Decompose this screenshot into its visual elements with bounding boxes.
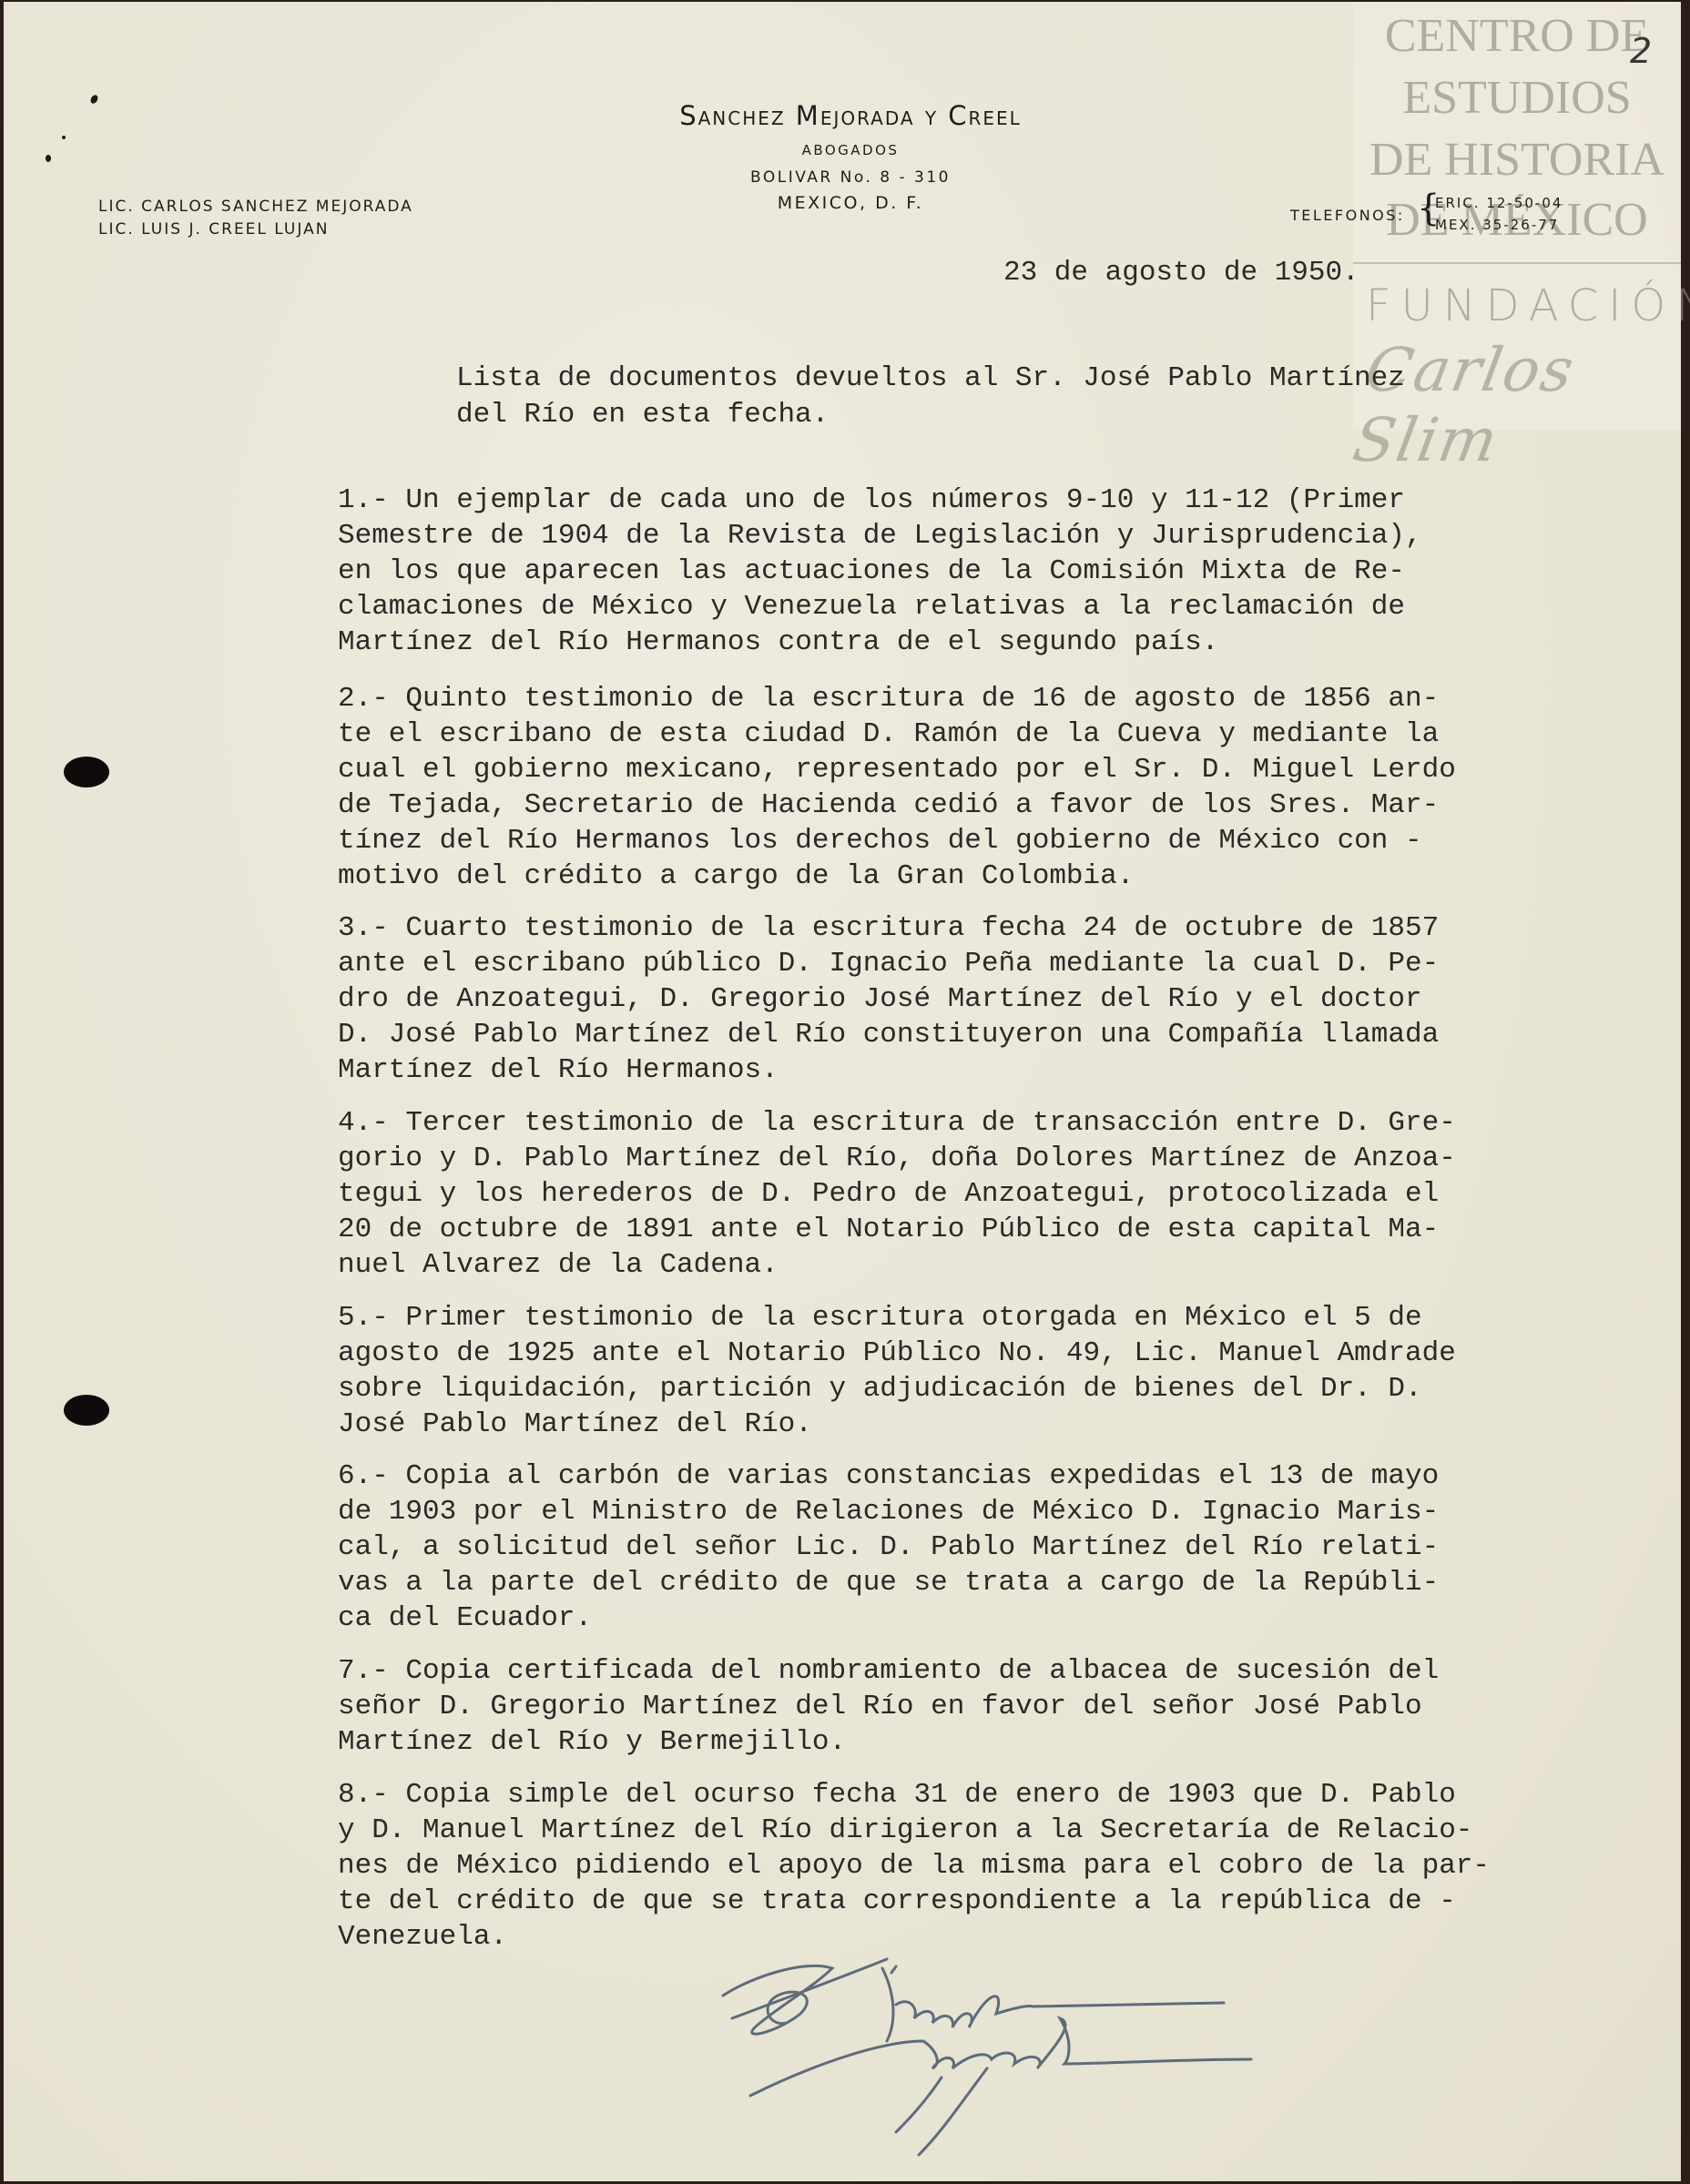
item-line: en los que aparecen las actuaciones de l… (338, 554, 1631, 589)
intro-line: Lista de documentos devueltos al Sr. Jos… (456, 362, 1405, 394)
punch-hole (64, 1395, 109, 1426)
partner-name: LIC. LUIS J. CREEL LUJAN (98, 220, 329, 239)
item-line: 4.- Tercer testimonio de la escritura de… (338, 1105, 1631, 1141)
intro-line: del Río en esta fecha. (456, 399, 829, 431)
document-page: CENTRO DE ESTUDIOS DE HISTORIA DE MÉXICO… (4, 2, 1681, 2181)
document-item-1: 1.- Un ejemplar de cada uno de los númer… (338, 483, 1631, 660)
item-line: te del crédito de que se trata correspon… (338, 1884, 1631, 1919)
phones-label: TELEFONOS: (1290, 207, 1405, 224)
watermark-signature: Carlos Slim (1348, 335, 1690, 475)
item-line: vas a la parte del crédito de que se tra… (338, 1565, 1631, 1600)
item-line: 6.- Copia al carbón de varias constancia… (338, 1458, 1631, 1494)
partner-name: LIC. CARLOS SANCHEZ MEJORADA (98, 198, 413, 216)
item-line: José Pablo Martínez del Río. (338, 1407, 1631, 1442)
document-item-8: 8.- Copia simple del ocurso fecha 31 de … (338, 1777, 1631, 1955)
item-line: cual el gobierno mexicano, representado … (338, 752, 1631, 787)
item-line: 20 de octubre de 1891 ante el Notario Pú… (338, 1212, 1631, 1247)
letter-date: 23 de agosto de 1950. (1003, 257, 1359, 289)
item-line: Semestre de 1904 de la Revista de Legisl… (338, 518, 1631, 554)
item-line: te el escribano de esta ciudad D. Ramón … (338, 716, 1631, 752)
firm-city: MEXICO, D. F. (596, 193, 1105, 213)
item-line: D. José Pablo Martínez del Río constituy… (338, 1017, 1631, 1052)
document-item-2: 2.- Quinto testimonio de la escritura de… (338, 681, 1631, 894)
punch-hole (64, 757, 109, 787)
firm-name: Sanchez Mejorada y Creel (596, 100, 1105, 131)
watermark-divider (1353, 262, 1681, 264)
handwritten-signature (714, 1941, 1297, 2182)
document-item-7: 7.- Copia certificada del nombramiento d… (338, 1653, 1631, 1760)
item-line: motivo del crédito a cargo de la Gran Co… (338, 858, 1631, 894)
item-line: 7.- Copia certificada del nombramiento d… (338, 1653, 1631, 1689)
item-line: 3.- Cuarto testimonio de la escritura fe… (338, 910, 1631, 946)
document-item-6: 6.- Copia al carbón de varias constancia… (338, 1458, 1631, 1636)
item-line: ante el escribano público D. Ignacio Peñ… (338, 946, 1631, 981)
item-line: gorio y D. Pablo Martínez del Río, doña … (338, 1141, 1631, 1176)
item-line: nes de México pidiendo el apoyo de la mi… (338, 1848, 1631, 1884)
item-line: tínez del Río Hermanos los derechos del … (338, 823, 1631, 858)
watermark-foundation: FUNDACIÓN (1366, 280, 1690, 331)
item-line: cal, a solicitud del señor Lic. D. Pablo… (338, 1529, 1631, 1565)
ink-speck (89, 94, 99, 105)
item-line: Martínez del Río Hermanos. (338, 1052, 1631, 1088)
item-line: de 1903 por el Ministro de Relaciones de… (338, 1494, 1631, 1529)
item-line: dro de Anzoategui, D. Gregorio José Mart… (338, 981, 1631, 1017)
item-line: agosto de 1925 ante el Notario Público N… (338, 1336, 1631, 1371)
item-line: señor D. Gregorio Martínez del Río en fa… (338, 1689, 1631, 1724)
item-line: ca del Ecuador. (338, 1600, 1631, 1636)
document-item-5: 5.- Primer testimonio de la escritura ot… (338, 1300, 1631, 1442)
document-item-4: 4.- Tercer testimonio de la escritura de… (338, 1105, 1631, 1283)
item-line: 8.- Copia simple del ocurso fecha 31 de … (338, 1777, 1631, 1813)
watermark-line: DE HISTORIA (1353, 137, 1681, 184)
item-line: Martínez del Río y Bermejillo. (338, 1724, 1631, 1760)
item-line: Martínez del Río Hermanos contra de el s… (338, 625, 1631, 660)
item-line: 5.- Primer testimonio de la escritura ot… (338, 1300, 1631, 1336)
item-line: nuel Alvarez de la Cadena. (338, 1247, 1631, 1283)
page-number-mark: 2 (1630, 31, 1652, 71)
item-line: sobre liquidación, partición y adjudicac… (338, 1371, 1631, 1407)
item-line: y D. Manuel Martínez del Río dirigieron … (338, 1813, 1631, 1848)
phone-number: ERIC. 12-50-04 (1435, 195, 1563, 211)
document-item-3: 3.- Cuarto testimonio de la escritura fe… (338, 910, 1631, 1088)
item-line: tegui y los herederos de D. Pedro de Anz… (338, 1176, 1631, 1212)
ink-speck (46, 155, 51, 162)
firm-profession: ABOGADOS (596, 142, 1105, 158)
item-line: de Tejada, Secretario de Hacienda cedió … (338, 787, 1631, 823)
item-line: 2.- Quinto testimonio de la escritura de… (338, 681, 1631, 716)
firm-address: BOLIVAR No. 8 - 310 (596, 168, 1105, 187)
item-line: clamaciones de México y Venezuela relati… (338, 589, 1631, 625)
ink-speck (62, 136, 66, 139)
phone-number: MEX. 35-26-77 (1435, 217, 1559, 233)
watermark-line: ESTUDIOS (1353, 75, 1681, 122)
item-line: 1.- Un ejemplar de cada uno de los númer… (338, 483, 1631, 518)
